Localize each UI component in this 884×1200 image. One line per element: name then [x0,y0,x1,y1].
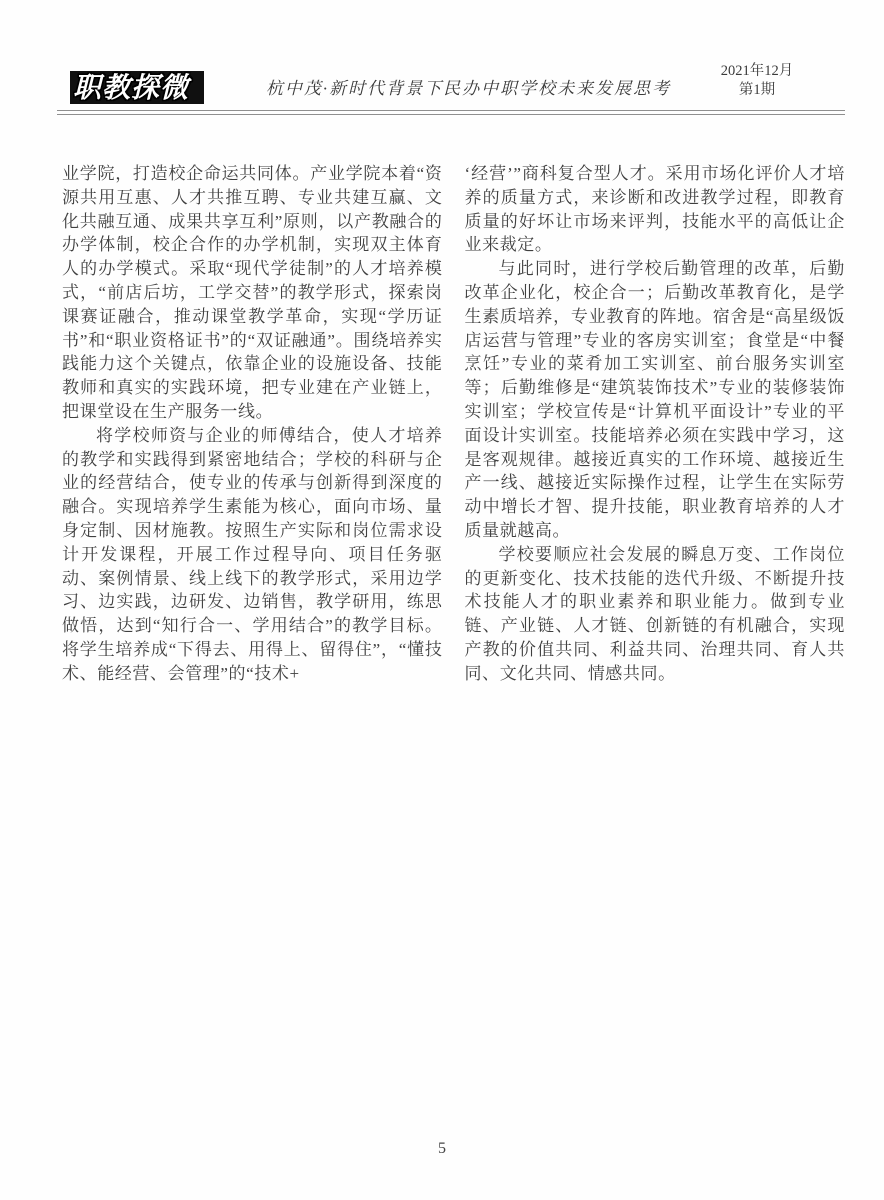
page-number: 5 [438,1140,446,1157]
paragraph: 业学院，打造校企命运共同体。产业学院本着“资源共用互惠、人才共推互聘、专业共建互… [62,162,443,424]
page-header: 职教探微 杭中茂·新时代背景下民办中职学校未来发展思考 2021年12月 第1期 [62,56,845,108]
paragraph: 学校要顺应社会发展的瞬息万变、工作岗位的更新变化、技术技能的迭代升级、不断提升技… [465,543,846,686]
journal-logo-text: 职教探微 [73,75,189,103]
text-column-right: ‘经营’”商科复合型人才。采用市场化评价人才培养的质量方式，来诊断和改进教学过程… [465,162,846,686]
article-body: 业学院，打造校企命运共同体。产业学院本着“资源共用互惠、人才共推互聘、专业共建互… [62,162,845,686]
page-footer: 5 [0,1140,884,1158]
running-head-article-title: 杭中茂·新时代背景下民办中职学校未来发展思考 [222,74,715,99]
text-column-left: 业学院，打造校企命运共同体。产业学院本着“资源共用互惠、人才共推互聘、专业共建互… [62,162,443,686]
journal-page: 职教探微 杭中茂·新时代背景下民办中职学校未来发展思考 2021年12月 第1期… [0,0,884,1200]
paragraph: ‘经营’”商科复合型人才。采用市场化评价人才培养的质量方式，来诊断和改进教学过程… [465,162,846,257]
paragraph: 将学校师资与企业的师傅结合，使人才培养的教学和实践得到紧密地结合；学校的科研与企… [62,424,443,686]
issue-info: 2021年12月 第1期 [697,62,817,100]
header-divider-rule [57,110,845,115]
journal-logo: 职教探微 [70,71,204,104]
paragraph: 与此同时，进行学校后勤管理的改革，后勤改革企业化，校企合一；后勤改革教育化，是学… [465,257,846,543]
issue-number: 第1期 [697,81,817,100]
issue-date: 2021年12月 [697,62,817,81]
